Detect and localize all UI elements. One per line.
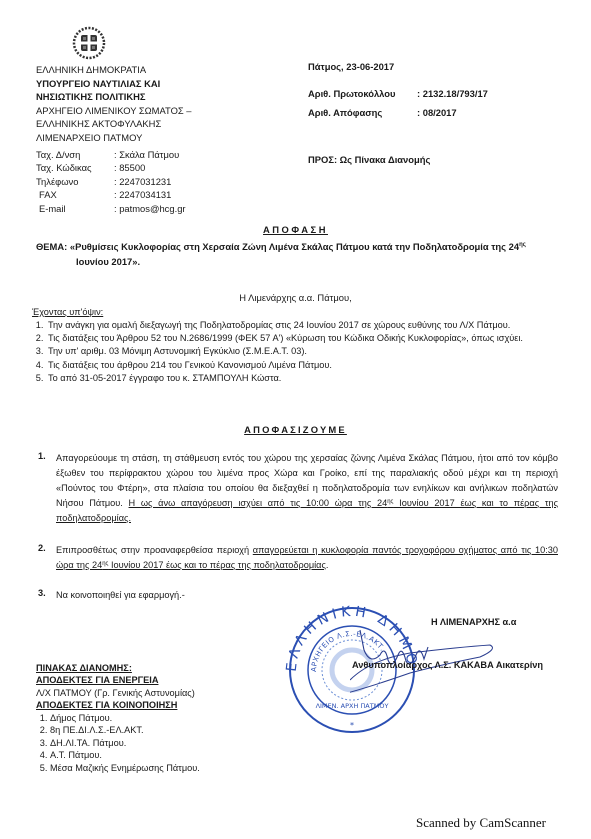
list-item: Τις διατάξεις του άρθρου 214 του Γενικού…: [46, 359, 562, 372]
contact-row-phone: Τηλέφωνο : 2247031231: [36, 175, 186, 188]
distribution-list: ΠΙΝΑΚΑΣ ΔΙΑΝΟΜΗΣ: ΑΠΟΔΕΚΤΕΣ ΓΙΑ ΕΝΕΡΓΕΙΑ…: [36, 662, 200, 775]
action-recipient: Λ/Χ ΠΑΤΜΟΥ (Γρ. Γενικής Αστυνομίας): [36, 687, 200, 699]
greek-coat-of-arms-icon: [72, 26, 106, 60]
contact-details: Ταχ. Δ/νση : Σκάλα Πάτμου Ταχ. Κώδικας :…: [36, 148, 186, 215]
decision-item-3: 3. Να κοινοποιηθεί για εφαρμογή.-: [38, 588, 558, 603]
list-item: Τις διατάξεις του Άρθρου 52 του Ν.2686/1…: [46, 332, 562, 345]
list-item: ΔΗ.ΛΙ.ΤΑ. Πάτμου.: [50, 737, 200, 750]
contact-value: : Σκάλα Πάτμου: [114, 148, 179, 161]
decision-text: Επιπροσθέτως στην προαναφερθείσα περιοχή…: [56, 543, 558, 573]
contact-row-address: Ταχ. Δ/νση : Σκάλα Πάτμου: [36, 148, 186, 161]
distribution-heading: ΠΙΝΑΚΑΣ ΔΙΑΝΟΜΗΣ:: [36, 662, 200, 674]
contact-value: : 2247031231: [114, 175, 171, 188]
authority-line: ΑΡΧΗΓΕΙΟ ΛΙΜΕΝΙΚΟΥ ΣΩΜΑΤΟΣ –: [36, 104, 192, 118]
list-item: Δήμος Πάτμου.: [50, 712, 200, 725]
decision-label: Αριθ. Απόφασης: [308, 106, 417, 120]
issuing-authority: ΕΛΛΗΝΙΚΗ ΔΗΜΟΚΡΑΤΙΑ ΥΠΟΥΡΓΕΙΟ ΝΑΥΤΙΛΙΑΣ …: [36, 63, 192, 145]
decision-item-1: 1. Απαγορεύουμε τη στάση, τη στάθμευση ε…: [38, 451, 558, 526]
contact-row-fax: FAX : 2247034131: [36, 188, 186, 201]
decision-number: 1.: [38, 451, 56, 526]
place-date: Πάτμος, 23-06-2017: [308, 60, 488, 74]
recipient-line: ΠΡΟΣ: Ως Πίνακα Διανομής: [308, 153, 488, 167]
subject-text-line2: Ιουνίου 2017».: [36, 254, 576, 269]
scanner-watermark: Scanned by CamScanner: [416, 815, 546, 831]
svg-text:*: *: [350, 721, 354, 730]
underlined-clause: Η ως άνω απαγόρευση ισχύει από τις 10:00…: [56, 498, 558, 523]
decision-heading: ΑΠΟΦΑΣΙΖΟΥΜΕ: [0, 424, 591, 435]
protocol-number-row: Αριθ. Πρωτοκόλλου : 2132.18/793/17: [308, 87, 488, 101]
list-item: Το από 31-05-2017 έγγραφο του κ. ΣΤΑΜΠΟΥ…: [46, 372, 562, 385]
contact-value: : patmos@hcg.gr: [114, 202, 186, 215]
info-recipients-list: Δήμος Πάτμου. 8η ΠΕ.ΔΙ.Λ.Σ.-ΕΛ.ΑΚΤ. ΔΗ.Λ…: [36, 712, 200, 775]
contact-label: Ταχ. Δ/νση: [36, 148, 114, 161]
protocol-label: Αριθ. Πρωτοκόλλου: [308, 87, 417, 101]
list-item: Α.Τ. Πάτμου.: [50, 749, 200, 762]
decision-number: 3.: [38, 588, 56, 603]
signatory-name: Ανθυποπλοίαρχος Λ.Σ. ΚΑΚΑΒΑ Αικατερίνη: [352, 660, 543, 670]
list-item: Μέσα Μαζικής Ενημέρωσης Πάτμου.: [50, 762, 200, 775]
list-item: 8η ΠΕ.ΔΙ.Λ.Σ.-ΕΛ.ΑΚΤ.: [50, 724, 200, 737]
authority-line: ΥΠΟΥΡΓΕΙΟ ΝΑΥΤΙΛΙΑΣ ΚΑΙ: [36, 77, 192, 91]
document-reference: Πάτμος, 23-06-2017 Αριθ. Πρωτοκόλλου : 2…: [308, 60, 488, 167]
decision-number: 2.: [38, 543, 56, 573]
info-recipients-heading: ΑΠΟΔΕΚΤΕΣ ΓΙΑ ΚΟΙΝΟΠΟΙΗΣΗ: [36, 699, 200, 711]
contact-label: E-mail: [36, 202, 114, 215]
decision-text: Απαγορεύουμε τη στάση, τη στάθμευση εντό…: [56, 451, 558, 526]
decision-item-2: 2. Επιπροσθέτως στην προαναφερθείσα περι…: [38, 543, 558, 573]
considering-section: Έχοντας υπ'όψιν: Την ανάγκη για ομαλή δι…: [32, 305, 562, 385]
considering-heading: Έχοντας υπ'όψιν:: [32, 305, 562, 319]
decision-text: Να κοινοποιηθεί για εφαρμογή.-: [56, 588, 558, 603]
decision-number-row: Αριθ. Απόφασης : 08/2017: [308, 106, 488, 120]
action-recipients-heading: ΑΠΟΔΕΚΤΕΣ ΓΙΑ ΕΝΕΡΓΕΙΑ: [36, 674, 200, 686]
issuer-line: Η Λιμενάρχης α.α. Πάτμου,: [0, 292, 591, 303]
list-item: Την ανάγκη για ομαλή διεξαγωγή της Ποδηλ…: [46, 319, 562, 332]
signatory-title: Η ΛΙΜΕΝΑΡΧΗΣ α.α: [431, 617, 516, 627]
document-title: ΑΠΟΦΑΣΗ: [0, 224, 591, 235]
subject-text: ΘΕΜΑ: «Ρυθμίσεις Κυκλοφορίας στη Χερσαία…: [36, 241, 519, 252]
authority-line: ΕΛΛΗΝΙΚΗΣ ΑΚΤΟΦΥΛΑΚΗΣ: [36, 117, 192, 131]
decision-value: : 08/2017: [417, 106, 457, 120]
subject: ΘΕΜΑ: «Ρυθμίσεις Κυκλοφορίας στη Χερσαία…: [36, 239, 576, 269]
authority-line: ΕΛΛΗΝΙΚΗ ΔΗΜΟΚΡΑΤΙΑ: [36, 63, 192, 77]
protocol-value: : 2132.18/793/17: [417, 87, 488, 101]
authority-line: ΛΙΜΕΝΑΡΧΕΙΟ ΠΑΤΜΟΥ: [36, 131, 192, 145]
authority-line: ΝΗΣΙΩΤΙΚΗΣ ΠΟΛΙΤΙΚΗΣ: [36, 90, 192, 104]
contact-row-postcode: Ταχ. Κώδικας : 85500: [36, 161, 186, 174]
contact-label: FAX: [36, 188, 114, 201]
contact-value: : 85500: [114, 161, 145, 174]
ordinal-suffix: ης: [519, 242, 526, 248]
contact-label: Ταχ. Κώδικας: [36, 161, 114, 174]
contact-label: Τηλέφωνο: [36, 175, 114, 188]
contact-row-email: E-mail : patmos@hcg.gr: [36, 202, 186, 215]
considering-list: Την ανάγκη για ομαλή διεξαγωγή της Ποδηλ…: [32, 319, 562, 385]
contact-value: : 2247034131: [114, 188, 171, 201]
list-item: Την υπ' αριθμ. 03 Μόνιμη Αστυνομική Εγκύ…: [46, 345, 562, 358]
